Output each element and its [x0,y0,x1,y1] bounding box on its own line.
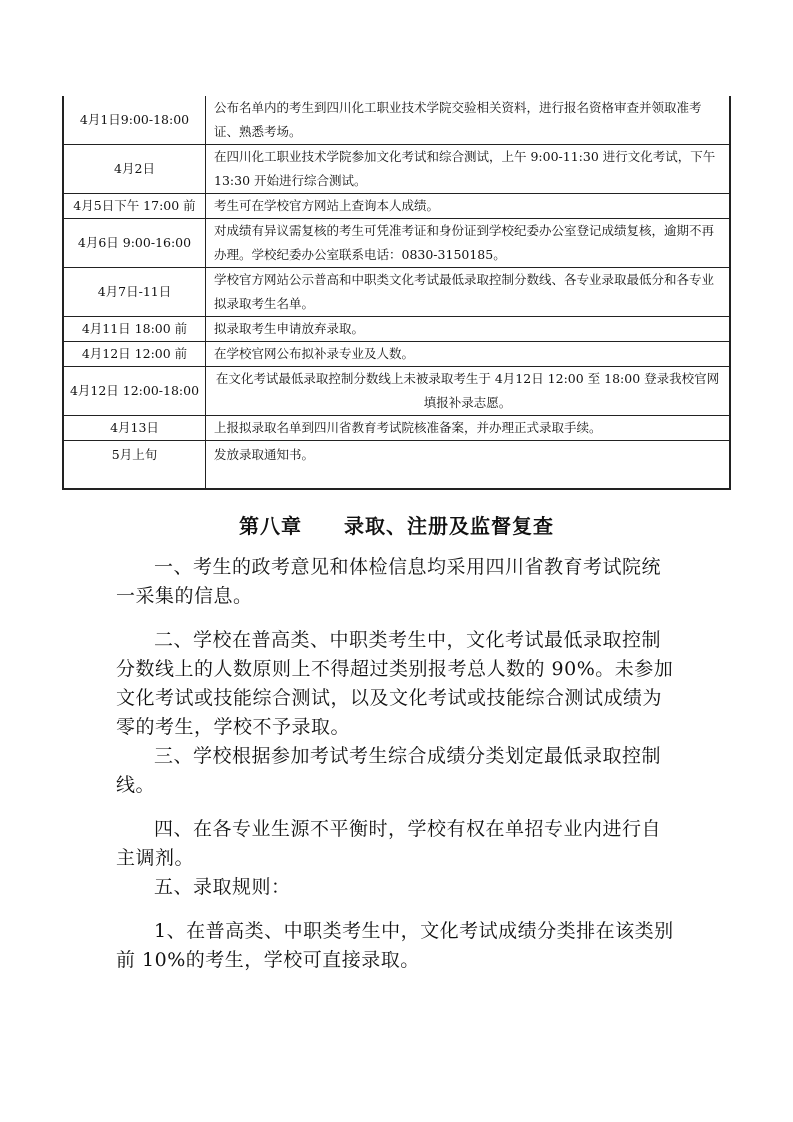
table-row: 4月5日下午 17:00 前 考生可在学校官方网站上查询本人成绩。 [63,194,730,219]
date-cell: 4月5日下午 17:00 前 [63,194,206,219]
table-row: 4月12日 12:00 前 在学校官网公布拟补录专业及人数。 [63,342,730,367]
paragraph-text: 一、考生的政考意见和体检信息均采用四川省教育考试院统一采集的信息。 [116,553,676,611]
description-cell: 在学校官网公布拟补录专业及人数。 [206,342,731,367]
paragraph-1: 一、考生的政考意见和体检信息均采用四川省教育考试院统一采集的信息。 [116,553,676,611]
paragraph-text: 三、学校根据参加考试考生综合成绩分类划定最低录取控制线。 [116,742,676,800]
table-row: 4月1日9:00-18:00 公布名单内的考生到四川化工职业技术学院交验相关资料… [63,96,730,145]
admission-schedule-table: 4月1日9:00-18:00 公布名单内的考生到四川化工职业技术学院交验相关资料… [62,96,731,490]
paragraph-text: 1、在普高类、中职类考生中，文化考试成绩分类排在该类别前 10%的考生，学校可直… [116,917,676,975]
description-cell: 对成绩有异议需复核的考生可凭准考证和身份证到学校纪委办公室登记成绩复核，逾期不再… [206,219,731,268]
table-row: 4月7日-11日 学校官方网站公示普高和中职类文化考试最低录取控制分数线、各专业… [63,268,730,317]
table-row: 4月12日 12:00-18:00 在文化考试最低录取控制分数线上未被录取考生于… [63,367,730,416]
paragraph-text: 五、录取规则： [116,873,676,902]
description-cell: 上报拟录取名单到四川省教育考试院核准备案，并办理正式录取手续。 [206,416,731,441]
paragraph-text: 四、在各专业生源不平衡时，学校有权在单招专业内进行自主调剂。 [116,815,676,873]
description-cell: 公布名单内的考生到四川化工职业技术学院交验相关资料，进行报名资格审查并领取准考证… [206,96,731,145]
date-cell: 4月13日 [63,416,206,441]
date-cell: 4月12日 12:00 前 [63,342,206,367]
date-cell: 4月2日 [63,145,206,194]
table-row: 4月11日 18:00 前 拟录取考生申请放弃录取。 [63,317,730,342]
date-cell: 4月6日 9:00-16:00 [63,219,206,268]
date-cell: 4月7日-11日 [63,268,206,317]
paragraph-5: 五、录取规则： [116,873,676,902]
paragraph-2: 二、学校在普高类、中职类考生中，文化考试最低录取控制分数线上的人数原则上不得超过… [116,626,676,742]
description-cell: 发放录取通知书。 [206,441,731,490]
description-cell: 学校官方网站公示普高和中职类文化考试最低录取控制分数线、各专业录取最低分和各专业… [206,268,731,317]
table-row: 5月上旬 发放录取通知书。 [63,441,730,490]
table-row: 4月6日 9:00-16:00 对成绩有异议需复核的考生可凭准考证和身份证到学校… [63,219,730,268]
paragraph-3: 三、学校根据参加考试考生综合成绩分类划定最低录取控制线。 [116,742,676,800]
description-cell: 在文化考试最低录取控制分数线上未被录取考生于 4月12日 12:00 至 18:… [206,367,731,416]
paragraph-6: 1、在普高类、中职类考生中，文化考试成绩分类排在该类别前 10%的考生，学校可直… [116,917,676,975]
chapter-title: 第八章 录取、注册及监督复查 [0,510,793,539]
date-cell: 5月上旬 [63,441,206,490]
date-cell: 4月1日9:00-18:00 [63,96,206,145]
table-row: 4月13日 上报拟录取名单到四川省教育考试院核准备案，并办理正式录取手续。 [63,416,730,441]
date-cell: 4月11日 18:00 前 [63,317,206,342]
table-row: 4月2日 在四川化工职业技术学院参加文化考试和综合测试，上午 9:00-11:3… [63,145,730,194]
description-cell: 考生可在学校官方网站上查询本人成绩。 [206,194,731,219]
description-cell: 在四川化工职业技术学院参加文化考试和综合测试，上午 9:00-11:30 进行文… [206,145,731,194]
description-cell: 拟录取考生申请放弃录取。 [206,317,731,342]
paragraph-4: 四、在各专业生源不平衡时，学校有权在单招专业内进行自主调剂。 [116,815,676,873]
date-cell: 4月12日 12:00-18:00 [63,367,206,416]
paragraph-text: 二、学校在普高类、中职类考生中，文化考试最低录取控制分数线上的人数原则上不得超过… [116,626,676,742]
